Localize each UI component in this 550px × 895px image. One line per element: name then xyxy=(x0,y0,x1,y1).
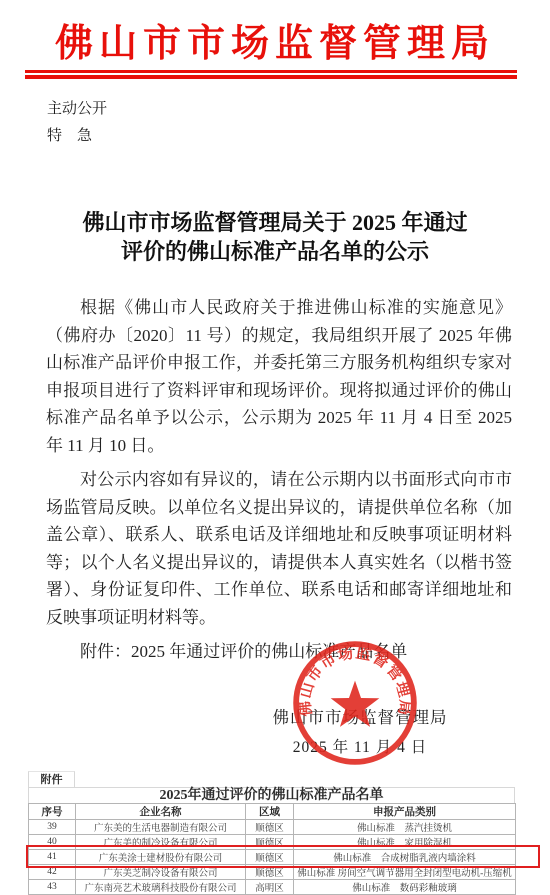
table-row-43: 43 广东南亮艺术玻璃科技股份有限公司 高明区 佛山标准 数码彩釉玻璃 xyxy=(29,880,516,895)
seal-star-icon xyxy=(331,681,380,727)
notice-body: 根据《佛山市人民政府关于推进佛山标准的实施意见》（佛府办〔2020〕11 号）的… xyxy=(46,294,512,666)
urgency-label: 特 急 xyxy=(47,124,92,145)
cell-product: 佛山标准 数码彩釉玻璃 xyxy=(294,880,516,895)
column-header-region: 区域 xyxy=(246,804,294,820)
column-header-seq: 序号 xyxy=(29,804,76,820)
official-seal: 佛山市市场监督管理局 xyxy=(291,639,419,767)
table-row-40: 40 广东美的制冷设备有限公司 顺德区 佛山标准 家用除湿机 xyxy=(29,835,516,850)
cell-region: 顺德区 xyxy=(246,865,294,880)
table-corner-row: 附件 xyxy=(28,770,515,787)
notice-title: 佛山市市场监督管理局关于 2025 年通过 评价的佛山标准产品名单的公示 xyxy=(0,208,550,266)
table-row-39: 39 广东美的生活电器制造有限公司 顺德区 佛山标准 蒸汽挂烫机 xyxy=(29,820,516,835)
attachment-table: 附件 2025年通过评价的佛山标准产品名单 序号 企业名称 区域 申报产品类别 … xyxy=(28,770,515,895)
cell-region: 高明区 xyxy=(246,880,294,895)
disclosure-label: 主动公开 xyxy=(47,97,107,118)
notice-title-line1: 佛山市市场监督管理局关于 2025 年通过 xyxy=(0,208,550,237)
attachment-note: 附件：2025 年通过评价的佛山标准产品名单 xyxy=(46,638,512,666)
paragraph-basis: 根据《佛山市人民政府关于推进佛山标准的实施意见》（佛府办〔2020〕11 号）的… xyxy=(46,294,512,459)
cell-seq: 40 xyxy=(29,835,76,850)
notice-title-line2: 评价的佛山标准产品名单的公示 xyxy=(0,237,550,266)
table-header-row: 序号 企业名称 区域 申报产品类别 xyxy=(29,804,516,820)
letterhead-title: 佛山市市场监督管理局 xyxy=(0,12,550,67)
table-corner-label: 附件 xyxy=(28,771,75,788)
cell-product: 佛山标准 家用除湿机 xyxy=(294,835,516,850)
paragraph-objection: 对公示内容如有异议的，请在公示期内以书面形式向市市场监管局反映。以单位名义提出异… xyxy=(46,466,512,631)
cell-company: 广东美的制冷设备有限公司 xyxy=(76,835,246,850)
cell-region: 顺德区 xyxy=(246,835,294,850)
table-row-42: 42 广东美芝制冷设备有限公司 顺德区 佛山标准 房间空气调节器用全封闭型电动机… xyxy=(29,865,516,880)
letterhead-divider-rule xyxy=(25,70,517,79)
cell-company: 广东美的生活电器制造有限公司 xyxy=(76,820,246,835)
cell-company: 广东美芝制冷设备有限公司 xyxy=(76,865,246,880)
cell-seq: 39 xyxy=(29,820,76,835)
cell-company: 广东美涂士建材股份有限公司 xyxy=(76,850,246,865)
official-notice-document: 佛山市市场监督管理局 主动公开 特 急 佛山市市场监督管理局关于 2025 年通… xyxy=(0,0,550,895)
table-title: 2025年通过评价的佛山标准产品名单 xyxy=(28,787,515,803)
column-header-product: 申报产品类别 xyxy=(294,804,516,820)
product-list-table: 序号 企业名称 区域 申报产品类别 39 广东美的生活电器制造有限公司 顺德区 … xyxy=(28,803,516,895)
cell-company: 广东南亮艺术玻璃科技股份有限公司 xyxy=(76,880,246,895)
cell-seq: 42 xyxy=(29,865,76,880)
column-header-company: 企业名称 xyxy=(76,804,246,820)
cell-region: 顺德区 xyxy=(246,850,294,865)
cell-region: 顺德区 xyxy=(246,820,294,835)
cell-product: 佛山标准 合成树脂乳液内墙涂料 xyxy=(294,850,516,865)
cell-seq: 43 xyxy=(29,880,76,895)
table-row-41-highlighted: 41 广东美涂士建材股份有限公司 顺德区 佛山标准 合成树脂乳液内墙涂料 xyxy=(29,850,516,865)
cell-product: 佛山标准 蒸汽挂烫机 xyxy=(294,820,516,835)
cell-seq: 41 xyxy=(29,850,76,865)
cell-product: 佛山标准 房间空气调节器用全封闭型电动机-压缩机 xyxy=(294,865,516,880)
